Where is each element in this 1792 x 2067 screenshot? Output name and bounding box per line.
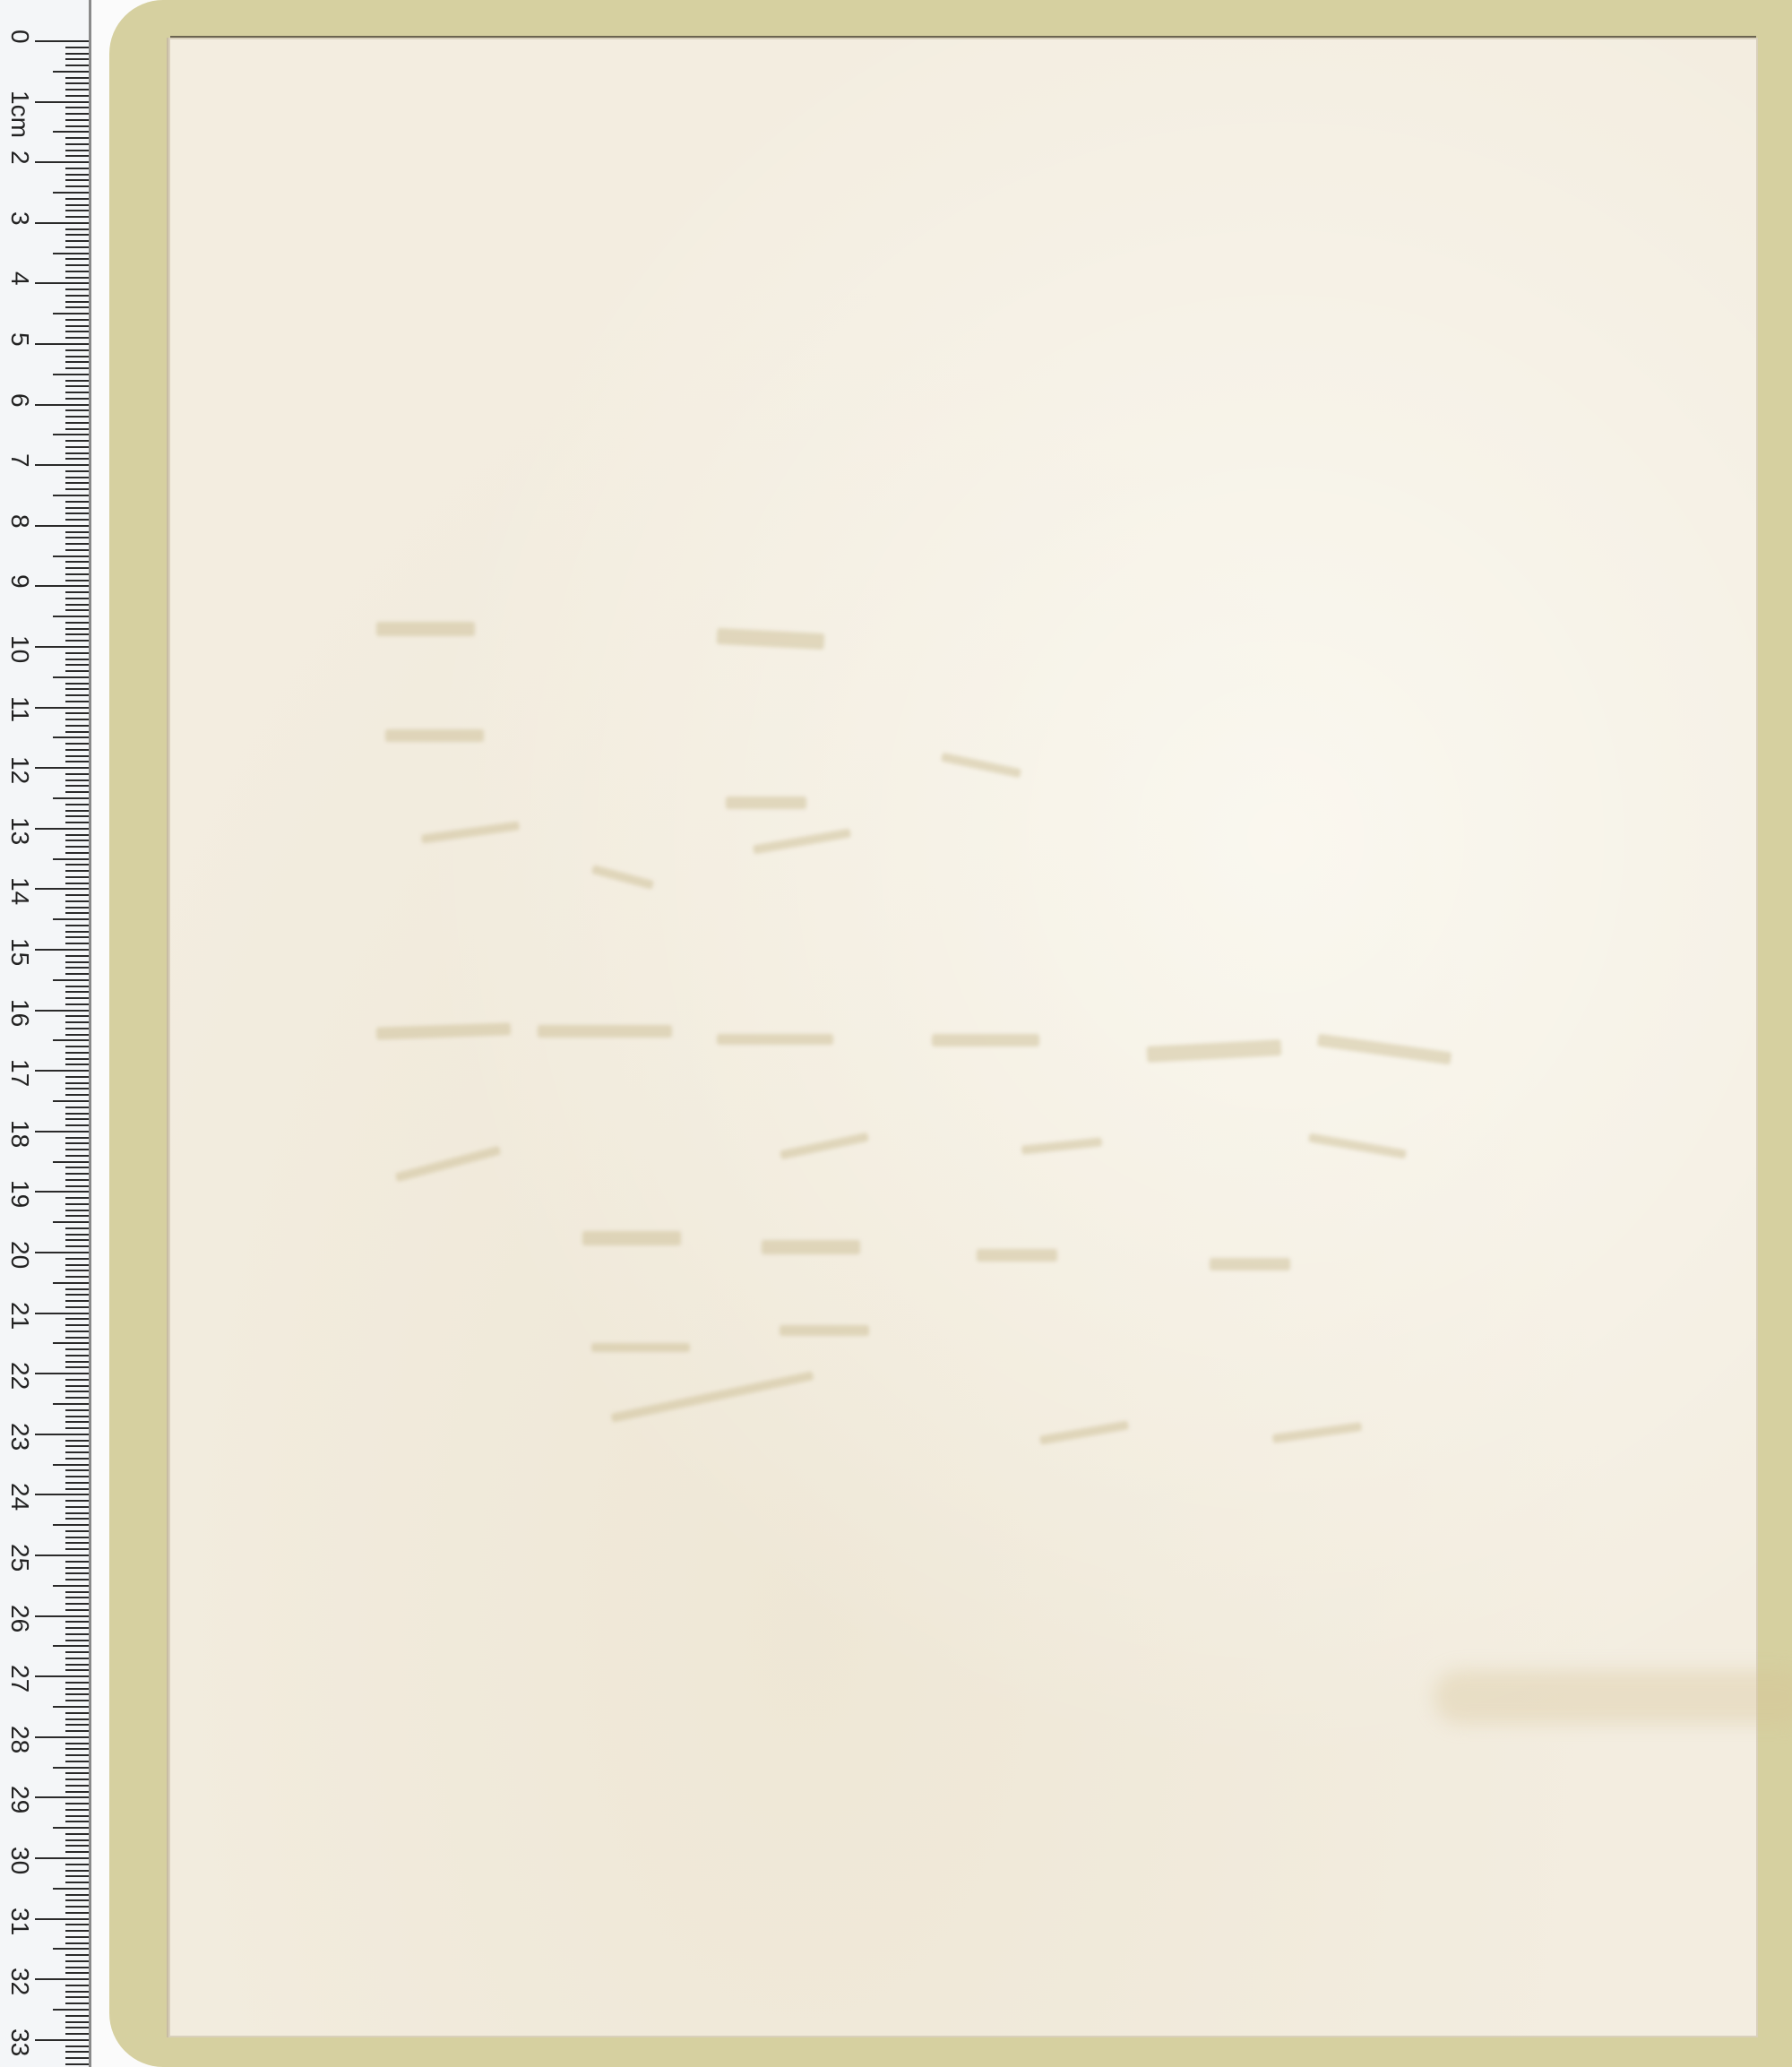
ruler-tick xyxy=(65,428,89,430)
ruler-tick xyxy=(65,1179,89,1181)
ruler-tick xyxy=(65,652,89,654)
ruler-tick xyxy=(35,646,89,648)
ruler-tick xyxy=(53,1888,89,1890)
ruler-tick xyxy=(65,185,89,187)
ruler-tick xyxy=(53,1827,89,1829)
ruler-tick xyxy=(65,1488,89,1490)
ruler-tick xyxy=(65,1064,89,1065)
ruler-tick xyxy=(65,1603,89,1605)
ruler-tick xyxy=(65,89,89,90)
ruler-tick xyxy=(65,119,89,121)
ruler-tick xyxy=(65,1730,89,1732)
ruler-tick xyxy=(65,1579,89,1580)
ruler-tick xyxy=(65,1276,89,1278)
ruler-tick xyxy=(65,337,89,339)
ruler-tick xyxy=(65,900,89,902)
ruler-tick xyxy=(65,773,89,775)
ruler-tick xyxy=(65,883,89,884)
ruler-tick xyxy=(65,591,89,593)
ruler-tick xyxy=(65,1458,89,1460)
ruler-tick xyxy=(65,1234,89,1236)
ruler-tick xyxy=(65,155,89,157)
ruler-tick xyxy=(53,1767,89,1769)
ruler-tick xyxy=(65,1864,89,1865)
ruler-tick xyxy=(65,501,89,503)
ruler-tick xyxy=(65,1391,89,1392)
ruler-tick xyxy=(65,1875,89,1877)
ruler-tick xyxy=(65,1960,89,1962)
ruler-tick xyxy=(65,791,89,793)
ruler-tick xyxy=(53,556,89,557)
ruler-tick xyxy=(65,1469,89,1471)
ruler-tick xyxy=(65,1561,89,1563)
ruler-tick xyxy=(65,1815,89,1817)
ruler-tick xyxy=(65,1167,89,1168)
ruler-tick xyxy=(35,343,89,345)
ruler-tick xyxy=(65,622,89,624)
ruler-tick xyxy=(65,1185,89,1187)
ruler-tick xyxy=(65,543,89,545)
ruler-tick xyxy=(65,1640,89,1641)
ruler-tick xyxy=(65,1700,89,1701)
ruler-label: 10 xyxy=(5,635,34,663)
ruler-tick xyxy=(65,240,89,242)
ruler-tick xyxy=(65,228,89,230)
ruler-tick xyxy=(65,1688,89,1690)
ruler-tick xyxy=(65,1337,89,1339)
ruler-tick xyxy=(65,367,89,369)
ruler-tick xyxy=(35,40,89,42)
ruler-tick xyxy=(65,258,89,260)
ruler-tick xyxy=(65,834,89,836)
ruler-label: 18 xyxy=(5,1120,34,1148)
ruler-tick xyxy=(65,943,89,944)
ruler-tick xyxy=(65,1912,89,1914)
ruler-tick xyxy=(65,822,89,823)
ruler-tick xyxy=(65,1440,89,1442)
ruler-tick xyxy=(53,1282,89,1284)
ruler-tick xyxy=(65,1355,89,1356)
ruler-tick xyxy=(35,2039,89,2041)
ruler-tick xyxy=(35,464,89,466)
ruler-tick xyxy=(53,616,89,617)
ruler-tick xyxy=(65,1972,89,1974)
ruler-tick xyxy=(65,1379,89,1381)
ruler-tick xyxy=(65,361,89,363)
ruler-tick xyxy=(53,979,89,981)
ruler-tick xyxy=(65,894,89,896)
ruler-tick xyxy=(65,1082,89,1084)
ruler-tick xyxy=(65,1500,89,1502)
ruler-tick xyxy=(65,2021,89,2023)
ruler-tick xyxy=(65,289,89,290)
ruler-tick xyxy=(65,1567,89,1569)
ruler-tick xyxy=(65,573,89,575)
ruler-tick xyxy=(65,1021,89,1023)
ruler-tick xyxy=(53,2009,89,2011)
ruler-tick xyxy=(65,1288,89,1290)
ruler-tick xyxy=(65,452,89,454)
ruler-tick xyxy=(65,1034,89,1036)
ruler-tick xyxy=(53,676,89,678)
ruler-tick xyxy=(65,1318,89,1320)
ruler-tick xyxy=(65,1851,89,1853)
ruler-tick xyxy=(65,1506,89,1508)
ruler-tick xyxy=(65,416,89,418)
ruler-tick xyxy=(35,1191,89,1193)
ruler-tick xyxy=(35,1918,89,1920)
ruler-tick xyxy=(65,2045,89,2047)
ruler-tick xyxy=(53,192,89,194)
ruler-tick xyxy=(65,174,89,176)
ruler-label: 11 xyxy=(5,696,34,722)
ruler-tick xyxy=(65,58,89,60)
ruler-tick xyxy=(65,1451,89,1453)
ruler-tick xyxy=(65,1046,89,1047)
ruler-tick xyxy=(65,1118,89,1120)
ruler-tick xyxy=(65,125,89,127)
ruler-tick xyxy=(65,385,89,387)
ruler-tick xyxy=(65,1294,89,1296)
ruler-tick xyxy=(65,598,89,599)
ruler-tick xyxy=(65,907,89,909)
ruler-label: 16 xyxy=(5,999,34,1027)
ruler-tick xyxy=(65,955,89,957)
ruler-tick xyxy=(65,1693,89,1695)
ruler-tick xyxy=(65,991,89,993)
ruler-tick xyxy=(65,246,89,248)
ruler-tick xyxy=(65,2033,89,2035)
ruler-tick xyxy=(65,1482,89,1484)
ruler-tick xyxy=(53,1645,89,1647)
ruler-tick xyxy=(65,1149,89,1150)
ruler-tick xyxy=(65,277,89,279)
ruler-tick xyxy=(65,1445,89,1447)
ruler-tick xyxy=(35,1373,89,1374)
ruler-tick xyxy=(65,1882,89,1883)
ruler-tick xyxy=(65,1270,89,1271)
ruler-tick xyxy=(65,628,89,630)
ruler-tick xyxy=(65,2015,89,2017)
ruler-tick xyxy=(65,852,89,854)
ruler-tick xyxy=(65,931,89,933)
ruler-tick xyxy=(53,1342,89,1344)
ruler-tick xyxy=(65,1761,89,1762)
water-stain xyxy=(1434,1670,1792,1724)
ruler-tick xyxy=(65,1845,89,1847)
ruler-tick xyxy=(65,53,89,55)
ruler-tick xyxy=(65,1894,89,1896)
ruler-label: 19 xyxy=(5,1180,34,1208)
ruler-tick xyxy=(35,1857,89,1859)
ruler-tick xyxy=(65,65,89,66)
ruler-tick xyxy=(35,1736,89,1738)
ruler-label: 25 xyxy=(5,1544,34,1572)
ruler-tick xyxy=(65,137,89,139)
ruler-tick xyxy=(35,949,89,951)
ruler-tick xyxy=(65,1803,89,1804)
ruler-tick xyxy=(35,1070,89,1072)
ruler-tick xyxy=(35,828,89,830)
ruler-label: 8 xyxy=(5,514,34,529)
ruler-tick xyxy=(65,1942,89,1944)
ruler-tick xyxy=(65,301,89,303)
bleed-through-system-3 xyxy=(529,1222,1514,1491)
ruler-tick xyxy=(65,1833,89,1835)
ruler-label: 7 xyxy=(5,453,34,468)
ruler-tick xyxy=(65,961,89,963)
ruler-tick xyxy=(65,1658,89,1659)
ruler-tick xyxy=(65,804,89,805)
ruler-tick xyxy=(53,1161,89,1163)
ruler-tick xyxy=(65,2027,89,2028)
ruler-tick xyxy=(65,1791,89,1793)
ruler-label: 30 xyxy=(5,1847,34,1874)
ruler-tick xyxy=(65,688,89,690)
ruler-tick xyxy=(35,1252,89,1253)
ruler-tick xyxy=(65,580,89,581)
ruler-tick xyxy=(65,1778,89,1780)
ruler-tick xyxy=(65,507,89,509)
ruler-tick xyxy=(35,888,89,890)
ruler-tick xyxy=(65,967,89,969)
ruler-tick xyxy=(65,264,89,266)
ruler-tick xyxy=(53,71,89,73)
ruler-tick xyxy=(65,210,89,211)
ruler-tick xyxy=(65,719,89,720)
ruler-tick xyxy=(65,1052,89,1054)
ruler-tick xyxy=(53,374,89,375)
ruler-tick xyxy=(65,810,89,812)
ruler-tick xyxy=(65,1996,89,1998)
ruler-label: 26 xyxy=(5,1605,34,1632)
ruler-tick xyxy=(65,1300,89,1302)
ruler-tick xyxy=(53,1403,89,1405)
ruler-tick xyxy=(65,380,89,382)
ruler-label: 6 xyxy=(5,393,34,408)
ruler-label: 24 xyxy=(5,1483,34,1511)
ruler-tick xyxy=(53,1524,89,1526)
ruler-tick xyxy=(65,609,89,611)
ruler-label: 4 xyxy=(5,271,34,286)
ruler-tick xyxy=(65,1609,89,1611)
ruler-tick xyxy=(65,1718,89,1720)
ruler-tick xyxy=(65,1397,89,1399)
ruler-tick xyxy=(65,986,89,987)
ruler-tick xyxy=(65,2051,89,2053)
ruler-label: 3 xyxy=(5,211,34,226)
ruler-tick xyxy=(65,567,89,569)
ruler-tick xyxy=(53,918,89,920)
ruler-label: 21 xyxy=(5,1302,34,1330)
ruler-tick xyxy=(65,1621,89,1623)
ruler-tick xyxy=(65,925,89,926)
ruler-tick xyxy=(65,482,89,484)
ruler-tick xyxy=(65,179,89,181)
ruler-tick xyxy=(35,404,89,406)
ruler-tick xyxy=(65,1633,89,1635)
paper-page xyxy=(170,39,1756,2036)
ruler-tick xyxy=(65,1076,89,1078)
ruler-tick xyxy=(65,1215,89,1217)
ruler-tick xyxy=(65,458,89,460)
ruler-label: 29 xyxy=(5,1786,34,1813)
ruler-tick xyxy=(65,912,89,914)
ruler-tick xyxy=(65,234,89,236)
ruler-tick xyxy=(65,150,89,151)
ruler-tick xyxy=(53,1706,89,1708)
ruler-tick xyxy=(65,95,89,97)
ruler-tick xyxy=(65,779,89,781)
ruler-tick xyxy=(65,1669,89,1671)
ruler-tick xyxy=(65,1366,89,1368)
ruler-tick xyxy=(65,1239,89,1241)
ruler-label: 33 xyxy=(5,2028,34,2056)
ruler-tick xyxy=(65,1155,89,1157)
ruler-tick xyxy=(65,1227,89,1229)
ruler-tick xyxy=(65,1264,89,1266)
ruler-tick xyxy=(35,1131,89,1133)
ruler-tick xyxy=(65,1107,89,1108)
ruler-tick xyxy=(65,701,89,702)
ruler-tick xyxy=(65,422,89,424)
ruler-tick xyxy=(35,101,89,103)
ruler-tick xyxy=(65,107,89,108)
ruler-tick xyxy=(35,282,89,284)
ruler-tick xyxy=(53,253,89,254)
ruler-tick xyxy=(65,1936,89,1938)
ruler-tick xyxy=(65,549,89,551)
ruler-label: 0 xyxy=(5,30,34,44)
ruler-tick xyxy=(53,1039,89,1041)
ruler-tick xyxy=(53,797,89,799)
ruler-tick xyxy=(65,1991,89,1993)
ruler-tick xyxy=(65,561,89,563)
ruler-tick xyxy=(65,1409,89,1411)
ruler-tick xyxy=(65,1124,89,1126)
ruler-tick xyxy=(65,1821,89,1822)
ruler-tick xyxy=(65,2057,89,2059)
ruler-tick xyxy=(65,1597,89,1598)
ruler-label: 13 xyxy=(5,817,34,845)
ruler-tick xyxy=(65,1712,89,1714)
ruler-tick xyxy=(65,1331,89,1332)
ruler-tick xyxy=(65,1210,89,1211)
ruler-tick xyxy=(65,1664,89,1666)
ruler-tick xyxy=(65,1906,89,1908)
ruler-tick xyxy=(65,440,89,442)
ruler-label: 12 xyxy=(5,756,34,784)
ruler-tick xyxy=(65,1385,89,1387)
ruler-tick xyxy=(65,1421,89,1423)
measuring-ruler: 01cm234567891011121314151617181920212223… xyxy=(0,0,91,2067)
ruler-tick xyxy=(65,1870,89,1872)
ruler-tick xyxy=(65,470,89,472)
ruler-tick xyxy=(65,785,89,787)
ruler-tick xyxy=(65,1476,89,1477)
ruler-tick xyxy=(53,313,89,314)
ruler-tick xyxy=(65,325,89,327)
ruler-tick xyxy=(65,683,89,685)
ruler-tick xyxy=(65,113,89,115)
ruler-tick xyxy=(65,319,89,321)
ruler-label: 20 xyxy=(5,1241,34,1269)
ruler-tick xyxy=(65,670,89,672)
ruler-tick xyxy=(53,434,89,435)
ruler-tick xyxy=(65,1324,89,1326)
ruler-tick xyxy=(53,1585,89,1587)
ruler-tick xyxy=(65,1173,89,1175)
ruler-tick xyxy=(65,1142,89,1144)
ruler-tick xyxy=(35,1010,89,1012)
ruler-tick xyxy=(65,356,89,357)
ruler-tick xyxy=(35,1313,89,1314)
ruler-tick xyxy=(65,1058,89,1060)
ruler-tick xyxy=(65,519,89,521)
ruler-tick xyxy=(65,815,89,817)
ruler-tick xyxy=(65,168,89,169)
ruler-tick xyxy=(53,1948,89,1950)
ruler-tick xyxy=(65,973,89,975)
ruler-tick xyxy=(53,131,89,133)
ruler-tick xyxy=(65,1137,89,1139)
ruler-tick xyxy=(65,1015,89,1017)
ruler-tick xyxy=(65,512,89,514)
ruler-tick xyxy=(65,743,89,745)
ruler-tick xyxy=(65,1627,89,1629)
ruler-label: 15 xyxy=(5,938,34,966)
ruler-tick xyxy=(65,1572,89,1574)
ruler-tick xyxy=(53,495,89,496)
ruler-tick xyxy=(65,1682,89,1684)
ruler-tick xyxy=(65,936,89,938)
ruler-tick xyxy=(65,1967,89,1968)
ruler-tick xyxy=(65,271,89,272)
ruler-tick xyxy=(65,1197,89,1199)
ruler-tick xyxy=(65,1743,89,1744)
ruler-tick xyxy=(35,1434,89,1435)
ruler-label: 2 xyxy=(5,151,34,165)
ruler-tick xyxy=(65,633,89,635)
ruler-tick xyxy=(65,409,89,411)
ruler-tick xyxy=(65,1772,89,1774)
ruler-label: 5 xyxy=(5,332,34,347)
ruler-label: 32 xyxy=(5,1968,34,1995)
ruler-tick xyxy=(65,1530,89,1532)
ruler-tick xyxy=(65,1930,89,1932)
ruler-tick xyxy=(35,585,89,587)
bleed-through-system-2 xyxy=(376,971,1631,1240)
ruler-tick xyxy=(65,640,89,642)
ruler-tick xyxy=(65,1985,89,1986)
ruler-tick xyxy=(65,1785,89,1787)
ruler-tick xyxy=(65,846,89,848)
ruler-tick xyxy=(53,1221,89,1223)
ruler-tick xyxy=(65,1512,89,1514)
ruler-tick xyxy=(65,1591,89,1593)
ruler-tick xyxy=(65,198,89,200)
ruler-label: 28 xyxy=(5,1726,34,1753)
ruler-label: 1cm xyxy=(5,90,34,138)
ruler-tick xyxy=(65,1542,89,1544)
ruler-tick xyxy=(65,694,89,696)
ruler-tick xyxy=(35,161,89,163)
ruler-tick xyxy=(65,725,89,727)
ruler-tick xyxy=(35,1978,89,1980)
ruler-tick xyxy=(65,664,89,666)
ruler-tick xyxy=(35,1796,89,1798)
ruler-tick xyxy=(65,295,89,297)
